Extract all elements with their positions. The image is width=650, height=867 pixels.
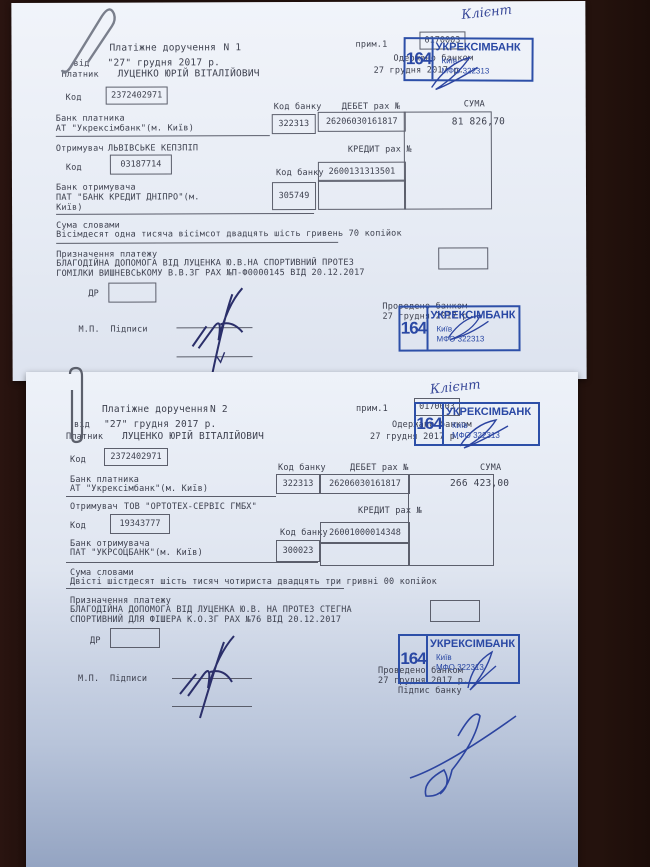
payer-code-box: 2372402971: [106, 86, 168, 104]
bank-code-label: Код банку: [278, 463, 326, 473]
amount-words: Двісті шістдесят шість тисяч чотириста д…: [70, 577, 437, 587]
payer-name: ЛУЦЕНКО ЮРІЙ ВІТАЛІЙОВИЧ: [118, 68, 260, 79]
note-label: прим.1: [355, 40, 387, 50]
divider: [56, 242, 338, 244]
client-signature: [406, 706, 526, 806]
debit-label: ДЕБЕТ рах №: [342, 102, 401, 112]
recipient-bank-cont: Київ): [56, 203, 83, 213]
divider: [66, 562, 318, 563]
document-date: "27" грудня 2017 р.: [108, 57, 221, 68]
paperclip-icon: [64, 366, 94, 444]
recipient-name: ЛЬВІВСЬКЕ КЕПЗПІП: [108, 143, 198, 153]
handwritten-client-note: Клієнт: [461, 3, 513, 23]
divider: [56, 213, 314, 215]
recipient-label: Отримувач: [56, 144, 104, 154]
payer-bank-code-box: 322313: [272, 114, 316, 134]
payer-signature: [170, 634, 260, 724]
debit-label: ДЕБЕТ рах №: [350, 463, 409, 473]
amount-words: Вісімдесят одна тисяча вісімсот двадцять…: [56, 229, 402, 240]
payer-name: ЛУЦЕНКО ЮРІЙ ВІТАЛІЙОВИЧ: [122, 431, 264, 442]
document-number: N 1: [223, 42, 241, 53]
divider: [66, 496, 276, 497]
bank-signature: [456, 416, 516, 450]
recipient-bank: ПАТ "УКРСОЦБАНК"(м. Київ): [70, 548, 203, 558]
handwritten-client-note: Клієнт: [429, 377, 481, 397]
recipient-label: Отримувач: [70, 502, 118, 512]
mp-label: М.П.: [78, 674, 99, 684]
credit-extra-box: [318, 180, 406, 210]
payer-bank: АТ "Укрексімбанк"(м. Київ): [70, 484, 208, 494]
dr-label: ДР: [90, 636, 101, 646]
bank-signature-2: [462, 648, 502, 692]
dr-box: [110, 628, 160, 648]
payment-order-2: Клієнт Платіжне доручення N 2 прим.1 017…: [26, 372, 578, 867]
document-title: Платіжне доручення: [109, 42, 216, 53]
debit-account-box: 26206030161817: [318, 112, 406, 132]
amount: 81 826,70: [452, 116, 505, 127]
debit-account-box: 26206030161817: [320, 474, 410, 494]
purpose-code-box: [438, 247, 488, 269]
purpose-line-2: ГОМІЛКИ ВИШНЕВСЬКОМУ В.В.ЗГ РАХ №П-Ф0000…: [56, 268, 364, 279]
payer-code-box: 2372402971: [104, 448, 168, 466]
recipient-code-box: 19343777: [110, 514, 170, 534]
payer-code-label: Код: [70, 455, 86, 465]
purpose-line-1: БЛАГОДІЙНА ДОПОМОГА ВІД ЛУЦЕНКА Ю.В. НА …: [70, 605, 352, 615]
payer-bank: АТ "Укрексімбанк"(м. Київ): [56, 123, 194, 133]
payer-code-label: Код: [66, 93, 82, 103]
document-date: "27" грудня 2017 р.: [104, 419, 216, 430]
recipient-bank-code-label: Код банку: [276, 168, 324, 178]
signatures-label: Підписи: [110, 674, 147, 684]
signatures-label: Підписи: [110, 325, 147, 335]
bank-signature-2: [444, 313, 494, 343]
purpose-line-2: СПОРТИВНИЙ ДЛЯ ФІШЕРА К.О.ЗГ РАХ №76 ВІД…: [70, 615, 341, 625]
purpose-code-box: [430, 600, 480, 622]
credit-label: КРЕДИТ рах №: [358, 506, 422, 516]
recipient-bank-code-box: 305749: [272, 182, 316, 210]
recipient-code-label: Код: [70, 521, 86, 531]
payer-bank-code-box: 322313: [276, 474, 320, 494]
document-title: Платіжне доручення: [102, 404, 209, 415]
bank-signature: [428, 53, 488, 93]
recipient-bank-label: Банк отримувача: [56, 183, 136, 193]
document-number: N 2: [210, 404, 228, 415]
bank-signature-label: Підпис банку: [398, 686, 462, 696]
credit-label: КРЕДИТ рах №: [348, 145, 412, 155]
paperclip-icon: [58, 4, 118, 74]
note-label: прим.1: [356, 404, 388, 414]
credit-account-box: 26001000014348: [320, 522, 410, 544]
payer-bank-label: Банк платника: [56, 114, 125, 124]
recipient-name: ТОВ "ОРТОТЕХ-СЕРВІС ГМБХ": [124, 502, 257, 512]
divider: [56, 135, 270, 137]
divider: [66, 588, 344, 589]
mp-label: М.П.: [78, 325, 99, 335]
sum-label: СУМА: [480, 463, 501, 473]
recipient-code-box: 03187714: [110, 154, 172, 174]
recipient-bank: ПАТ "БАНК КРЕДИТ ДНІПРО"(м.: [56, 192, 200, 203]
payer-signature: [172, 286, 262, 376]
sum-label: СУМА: [464, 99, 485, 109]
recipient-code-label: Код: [66, 163, 82, 173]
credit-extra-box: [320, 542, 410, 566]
dr-box: [108, 282, 156, 302]
bank-code-label: Код банку: [274, 102, 322, 112]
amount: 266 423,00: [450, 478, 509, 489]
recipient-bank-code-box: 300023: [276, 540, 320, 562]
dr-label: ДР: [88, 289, 99, 299]
